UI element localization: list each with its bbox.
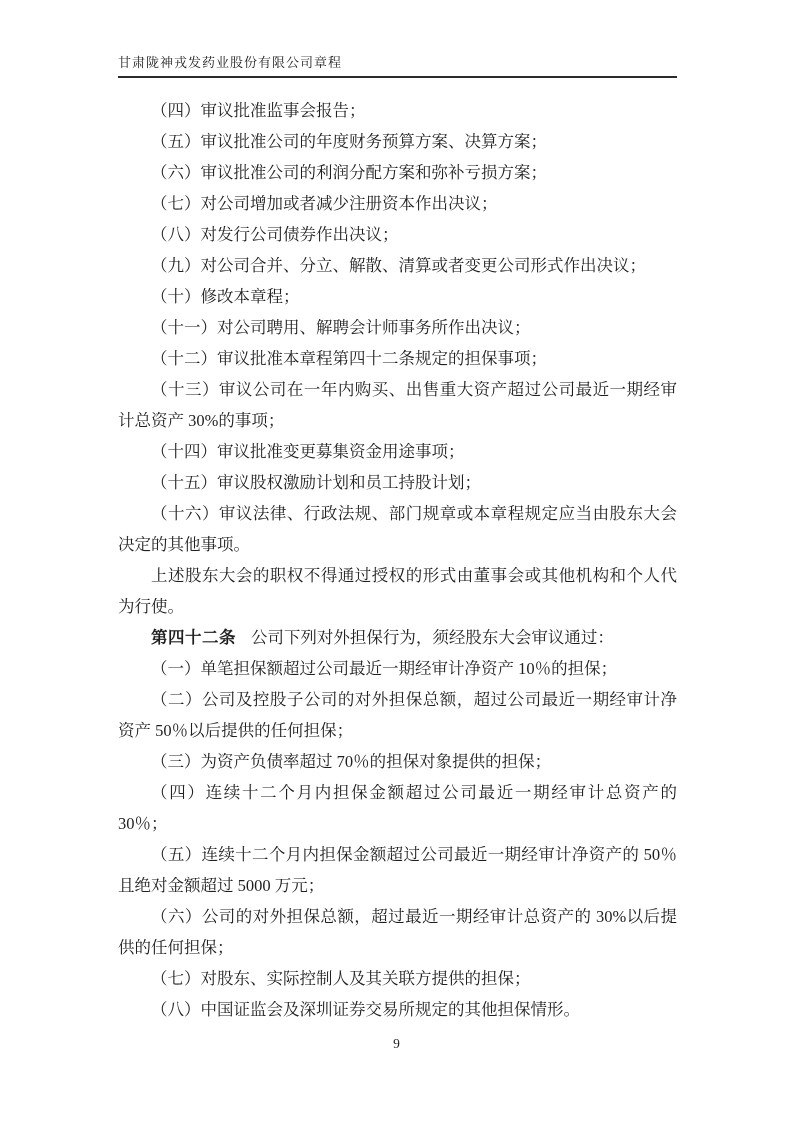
article-42-intro: 公司下列对外担保行为，须经股东大会审议通过： [251, 628, 614, 647]
guarantee-item-5: （五）连续十二个月内担保金额超过公司最近一期经审计净资产的 50％且绝对金额超过… [118, 839, 677, 901]
clause-item-6: （六）审议批准公司的利润分配方案和弥补亏损方案； [118, 157, 677, 188]
clause-item-11: （十一）对公司聘用、解聘会计师事务所作出决议； [118, 312, 677, 343]
clause-item-12: （十二）审议批准本章程第四十二条规定的担保事项； [118, 343, 677, 374]
clause-item-9: （九）对公司合并、分立、解散、清算或者变更公司形式作出决议； [118, 250, 677, 281]
clause-item-7: （七）对公司增加或者减少注册资本作出决议； [118, 188, 677, 219]
document-body: （四）审议批准监事会报告； （五）审议批准公司的年度财务预算方案、决算方案； （… [118, 95, 677, 1025]
guarantee-item-7: （七）对股东、实际控制人及其关联方提供的担保； [118, 963, 677, 994]
clause-item-5: （五）审议批准公司的年度财务预算方案、决算方案； [118, 126, 677, 157]
guarantee-item-2: （二）公司及控股子公司的对外担保总额，超过公司最近一期经审计净资产 50％以后提… [118, 684, 677, 746]
guarantee-item-8: （八）中国证监会及深圳证券交易所规定的其他担保情形。 [118, 994, 677, 1025]
clause-item-14: （十四）审议批准变更募集资金用途事项； [118, 436, 677, 467]
guarantee-item-4: （四）连续十二个月内担保金额超过公司最近一期经审计总资产的 30％； [118, 777, 677, 839]
guarantee-item-1: （一）单笔担保额超过公司最近一期经审计净资产 10％的担保； [118, 653, 677, 684]
page-header: 甘肃陇神戎发药业股份有限公司章程 [118, 52, 677, 78]
page-number: 9 [0, 1036, 793, 1052]
header-title: 甘肃陇神戎发药业股份有限公司章程 [118, 55, 342, 70]
document-page: 甘肃陇神戎发药业股份有限公司章程 （四）审议批准监事会报告； （五）审议批准公司… [0, 0, 793, 1122]
article-42-heading: 第四十二条公司下列对外担保行为，须经股东大会审议通过： [118, 622, 677, 653]
clause-item-16: （十六）审议法律、行政法规、部门规章或本章程规定应当由股东大会决定的其他事项。 [118, 498, 677, 560]
clause-item-8: （八）对发行公司债券作出决议； [118, 219, 677, 250]
clause-item-4: （四）审议批准监事会报告； [118, 95, 677, 126]
clause-item-13: （十三）审议公司在一年内购买、出售重大资产超过公司最近一期经审计总资产 30%的… [118, 374, 677, 436]
article-42-number: 第四十二条 [151, 628, 236, 647]
clause-item-15: （十五）审议股权激励计划和员工持股计划； [118, 467, 677, 498]
shareholders-note: 上述股东大会的职权不得通过授权的形式由董事会或其他机构和个人代为行使。 [118, 560, 677, 622]
guarantee-item-3: （三）为资产负债率超过 70％的担保对象提供的担保； [118, 746, 677, 777]
clause-item-10: （十）修改本章程； [118, 281, 677, 312]
guarantee-item-6: （六）公司的对外担保总额，超过最近一期经审计总资产的 30%以后提供的任何担保； [118, 901, 677, 963]
